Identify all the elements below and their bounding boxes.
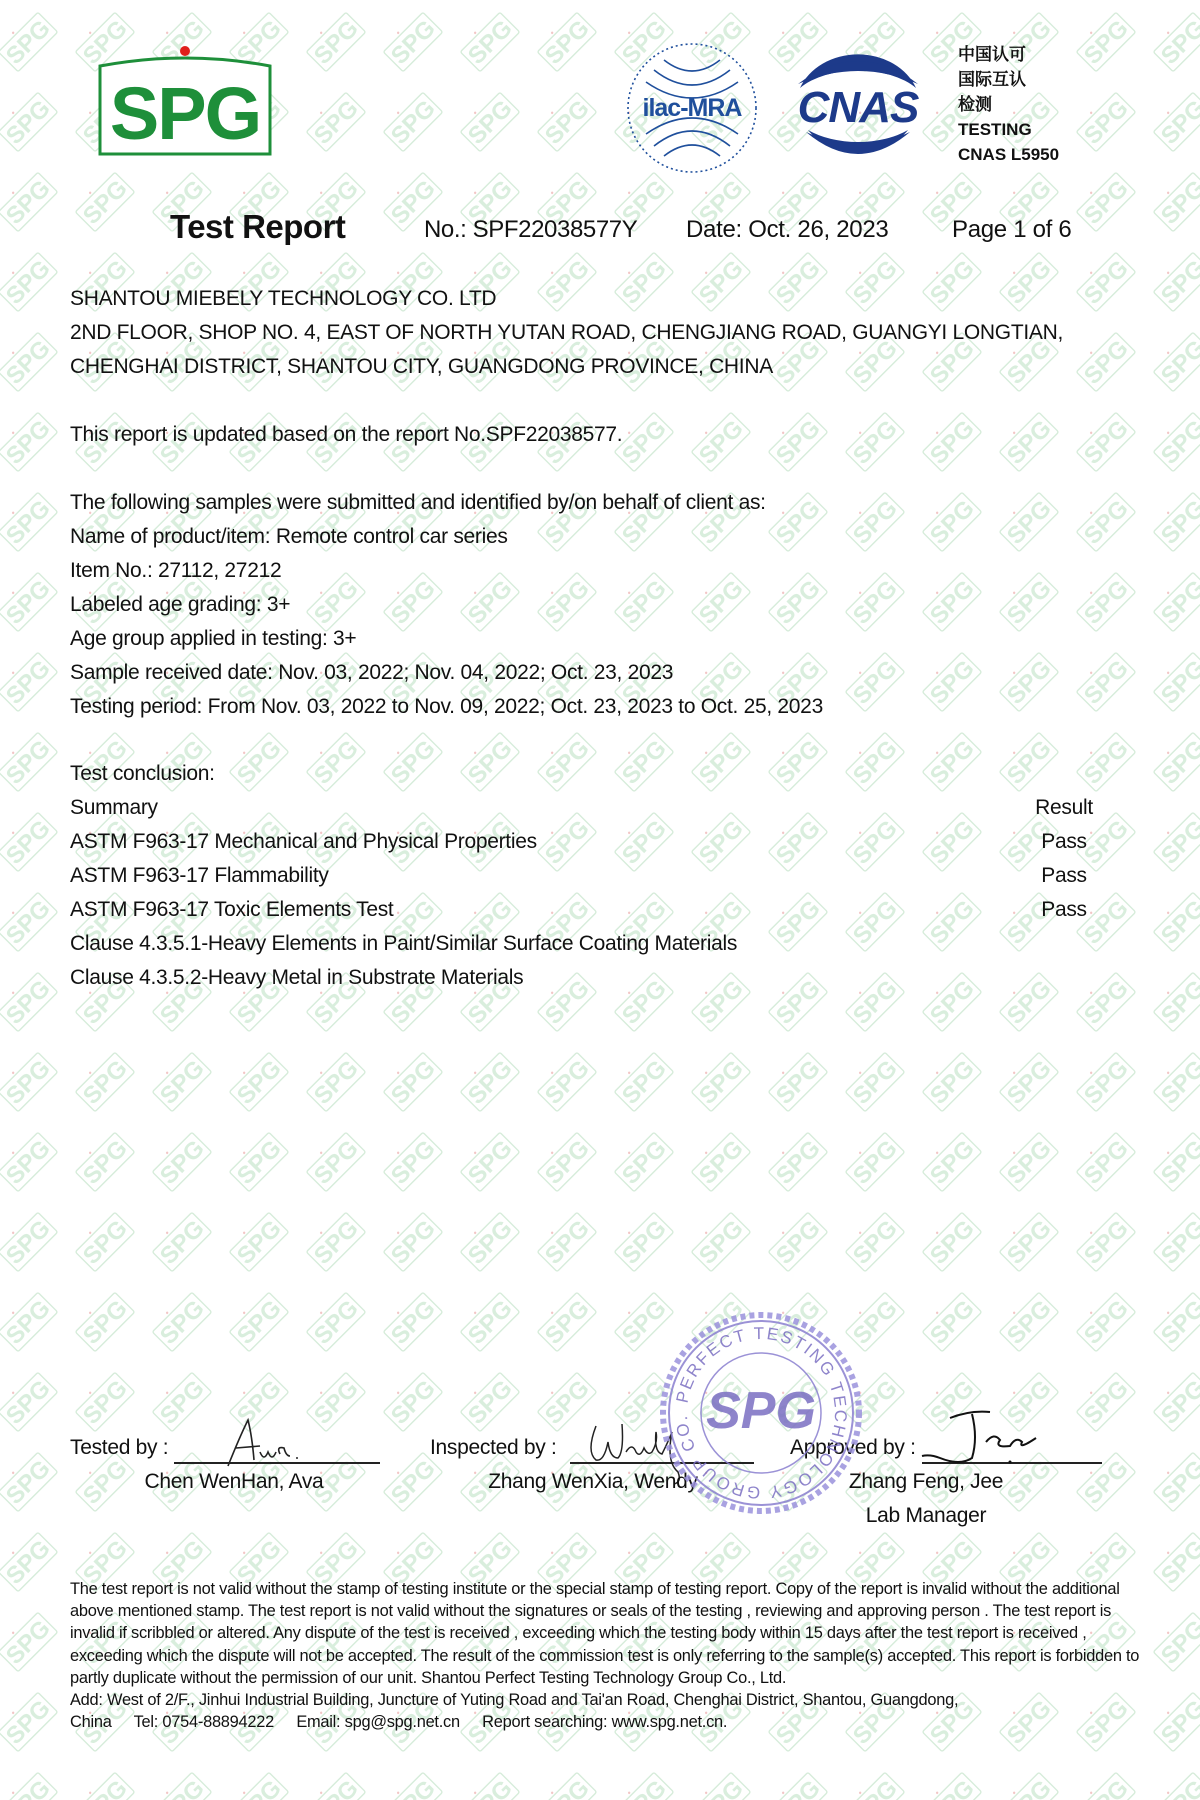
test-report-page: SPG ilac-MRA CNAS 中国认可 国际互认 检测 TESTING C… (0, 0, 1200, 1800)
testing-period: Testing period: From Nov. 03, 2022 to No… (70, 690, 823, 724)
conclusion-result: Pass (1034, 859, 1094, 893)
svg-text:SPG: SPG (110, 72, 260, 155)
report-number: No.: SPF22038577Y (424, 216, 637, 244)
accreditation-line: 检测 (958, 92, 1059, 117)
accreditation-text: 中国认可 国际互认 检测 TESTING CNAS L5950 (958, 42, 1059, 167)
accreditation-line: 国际互认 (958, 67, 1059, 92)
client-address-line1: 2ND FLOOR, SHOP NO. 4, EAST OF NORTH YUT… (70, 316, 1063, 350)
client-address-line2: CHENGHAI DISTRICT, SHANTOU CITY, GUANGDO… (70, 350, 1063, 384)
result-column-header: Result (1034, 791, 1094, 825)
ilac-mra-logo: ilac-MRA (624, 40, 760, 176)
report-date: Date: Oct. 26, 2023 (686, 216, 888, 244)
sample-info: The following samples were submitted and… (70, 486, 823, 724)
company-seal-stamp: PERFECT TESTING TECHNOLOGY GROUP CO.,LTD… (656, 1308, 866, 1518)
lab-address: Add: West of 2/F., Jinhui Industrial Bui… (70, 1689, 1140, 1711)
item-number: Item No.: 27112, 27212 (70, 554, 823, 588)
summary-column-header: Summary (70, 796, 158, 819)
tested-by-block: Tested by : Chen WenHan, Ava (70, 1436, 390, 1506)
accreditation-line: 中国认可 (958, 42, 1059, 67)
tested-by-label: Tested by : (70, 1436, 168, 1460)
conclusion-row: Clause 4.3.5.2-Heavy Metal in Substrate … (70, 961, 1110, 995)
inspected-by-label: Inspected by : (430, 1436, 557, 1460)
report-title: Test Report (170, 208, 345, 246)
svg-text:ilac-MRA: ilac-MRA (643, 94, 743, 122)
conclusion-row: ASTM F963-17 Flammability Pass (70, 859, 1110, 893)
conclusion-summary: Clause 4.3.5.1-Heavy Elements in Paint/S… (70, 932, 737, 955)
report-search-link: Report searching: www.spg.net.cn. (482, 1713, 727, 1731)
report-header: Test Report No.: SPF22038577Y Date: Oct.… (0, 208, 1200, 252)
signature-jee (920, 1408, 1050, 1468)
signature-ava (220, 1416, 310, 1472)
disclaimer: The test report is not valid without the… (70, 1578, 1140, 1733)
age-group: Age group applied in testing: 3+ (70, 622, 823, 656)
conclusion-heading: Test conclusion: (70, 757, 1110, 791)
product-name: Name of product/item: Remote control car… (70, 520, 823, 554)
samples-intro: The following samples were submitted and… (70, 486, 823, 520)
update-note: This report is updated based on the repo… (70, 418, 622, 452)
client-info: SHANTOU MIEBELY TECHNOLOGY CO. LTD 2ND F… (70, 282, 1063, 384)
spg-logo: SPG (96, 44, 274, 156)
accreditation-line: CNAS L5950 (958, 142, 1059, 167)
conclusion-summary: ASTM F963-17 Flammability (70, 864, 329, 887)
page-indicator: Page 1 of 6 (952, 216, 1071, 244)
svg-text:CNAS: CNAS (798, 83, 919, 132)
accreditation-line: TESTING (958, 117, 1059, 142)
conclusion-summary: ASTM F963-17 Mechanical and Physical Pro… (70, 830, 537, 853)
labeled-age: Labeled age grading: 3+ (70, 588, 823, 622)
lab-contact: China Tel: 0754-88894222 Email: spg@spg.… (70, 1711, 1140, 1733)
conclusion-result: Pass (1034, 893, 1094, 927)
conclusion-summary: Clause 4.3.5.2-Heavy Metal in Substrate … (70, 966, 523, 989)
cnas-logo: CNAS (782, 48, 934, 166)
tested-by-name: Chen WenHan, Ava (144, 1470, 324, 1494)
lab-phone: Tel: 0754-88894222 (134, 1713, 274, 1731)
conclusion-row: ASTM F963-17 Toxic Elements Test Pass (70, 893, 1110, 927)
conclusion-result: Pass (1034, 825, 1094, 859)
disclaimer-text: The test report is not valid without the… (70, 1578, 1140, 1689)
lab-email: Email: spg@spg.net.cn (296, 1713, 460, 1731)
lab-country: China (70, 1713, 112, 1731)
test-conclusion: Test conclusion: Summary Result ASTM F96… (70, 757, 1110, 995)
conclusion-row: Clause 4.3.5.1-Heavy Elements in Paint/S… (70, 927, 1110, 961)
sample-received-date: Sample received date: Nov. 03, 2022; Nov… (70, 656, 823, 690)
conclusion-summary: ASTM F963-17 Toxic Elements Test (70, 898, 393, 921)
client-name: SHANTOU MIEBELY TECHNOLOGY CO. LTD (70, 282, 1063, 316)
conclusion-header-row: Summary Result (70, 791, 1110, 825)
conclusion-row: ASTM F963-17 Mechanical and Physical Pro… (70, 825, 1110, 859)
svg-text:SPG: SPG (706, 1382, 816, 1440)
